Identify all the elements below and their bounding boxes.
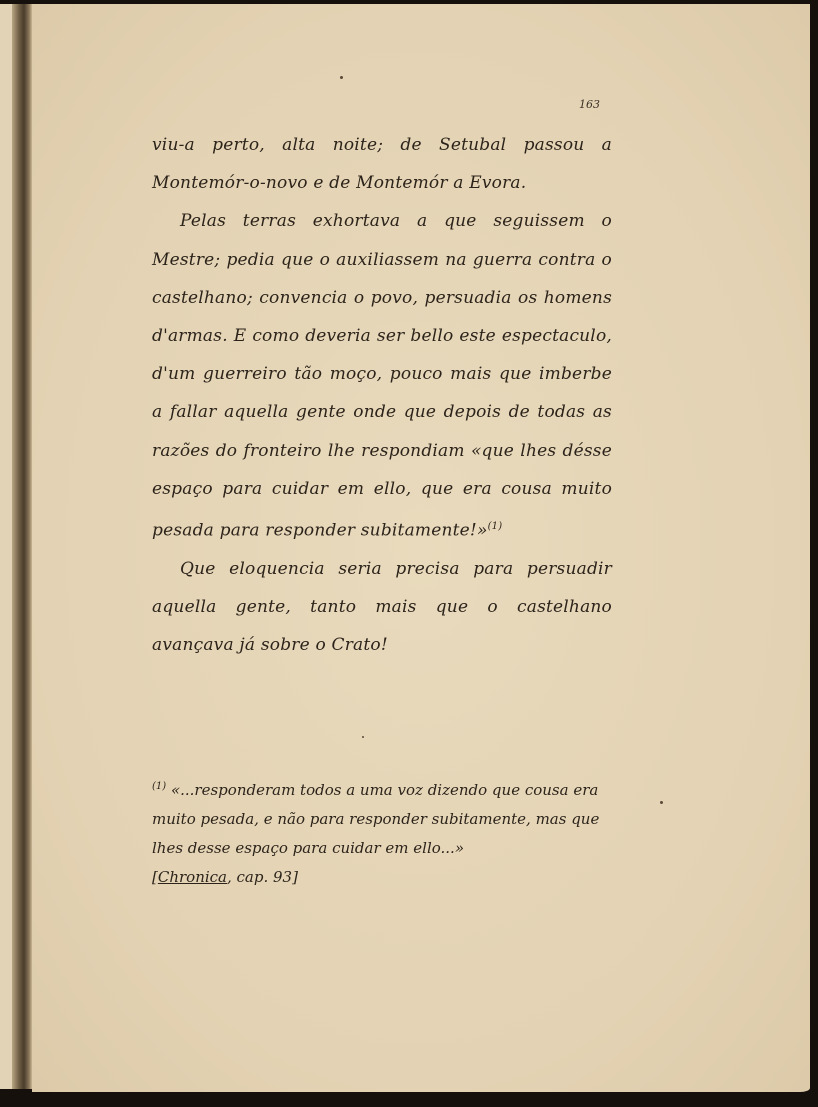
paragraph-2-text: Pelas terras exhortava a que seguissem o… [152, 211, 612, 540]
citation-chapter: , cap. 93] [227, 868, 298, 886]
body-text: viu-a perto, alta noite; de Setubal pass… [152, 126, 612, 665]
book-binding-gutter [12, 4, 32, 1089]
footnote-reference: (1) [488, 521, 503, 532]
footnote-body: (1) «...responderam todos a uma voz dize… [152, 772, 612, 863]
page-number: 163 [579, 98, 600, 111]
facing-page-edge [0, 4, 12, 1089]
scanned-page: 163 viu-a perto, alta noite; de Setubal … [0, 0, 818, 1107]
paragraph-3: Que eloquencia seria precisa para persua… [152, 550, 612, 665]
manuscript-page: 163 viu-a perto, alta noite; de Setubal … [32, 4, 810, 1092]
paper-speck [362, 736, 364, 738]
citation-title: Chronica [158, 868, 227, 886]
paragraph-2: Pelas terras exhortava a que seguissem o… [152, 202, 612, 549]
footnote-citation: [Chronica, cap. 93] [152, 863, 612, 892]
paper-speck [340, 76, 343, 79]
footnote-marker: (1) [152, 781, 166, 792]
footnote-quote: «...responderam todos a uma voz dizendo … [152, 781, 599, 857]
paragraph-1: viu-a perto, alta noite; de Setubal pass… [152, 126, 612, 202]
paper-speck [660, 801, 663, 804]
footnote: (1) «...responderam todos a uma voz dize… [152, 772, 612, 892]
